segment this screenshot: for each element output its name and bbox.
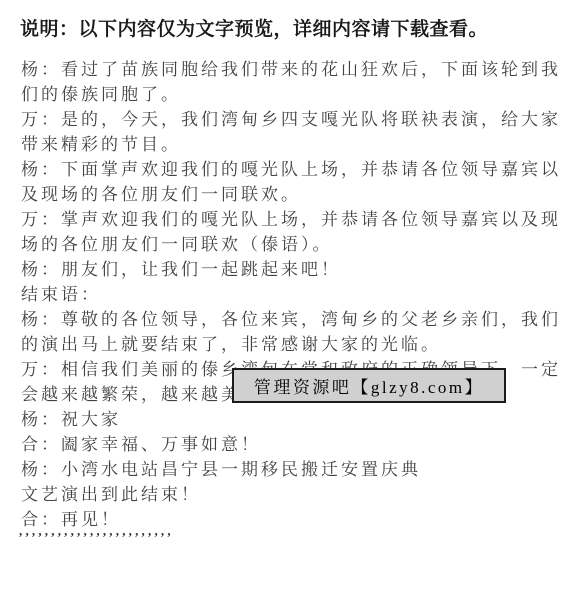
text-line: 杨：小湾水电站昌宁县一期移民搬迁安置庆典	[21, 457, 561, 482]
text-line: 杨：朋友们，让我们一起跳起来吧！	[21, 257, 561, 282]
text-line: 杨：看过了苗族同胞给我们带来的花山狂欢后，下面该轮到我	[21, 57, 561, 82]
text-line: 万：是的，今天，我们湾甸乡四支嘎光队将联袂表演，给大家	[21, 107, 561, 132]
preview-notice: 说明：以下内容仅为文字预览，详细内容请下载查看。	[20, 14, 488, 41]
text-line: 万：掌声欢迎我们的嘎光队上场，并恭请各位领导嘉宾以及现	[21, 207, 561, 232]
watermark-text: 管理资源吧【glzy8.com】	[254, 373, 484, 398]
script-text: 杨：看过了苗族同胞给我们带来的花山狂欢后，下面该轮到我们的傣族同胞了。万：是的，…	[21, 57, 561, 532]
text-line: 合：阖家幸福、万事如意！	[21, 432, 561, 457]
ellipsis-line: ,,,,,,,,,,,,,,,,,,,,,,,,	[19, 523, 174, 539]
text-line: 杨：尊敬的各位领导，各位来宾，湾甸乡的父老乡亲们，我们	[21, 307, 561, 332]
text-line: 的演出马上就要结束了，非常感谢大家的光临。	[21, 332, 561, 357]
text-line: 带来精彩的节目。	[21, 132, 561, 157]
text-line: 们的傣族同胞了。	[21, 82, 561, 107]
text-line: 结束语：	[21, 282, 561, 307]
text-line: 杨：下面掌声欢迎我们的嘎光队上场，并恭请各位领导嘉宾以	[21, 157, 561, 182]
preview-page: 说明：以下内容仅为文字预览，详细内容请下载查看。 杨：看过了苗族同胞给我们带来的…	[0, 0, 578, 600]
text-line: 及现场的各位朋友们一同联欢。	[21, 182, 561, 207]
watermark-badge: 管理资源吧【glzy8.com】	[232, 368, 506, 403]
text-line: 场的各位朋友们一同联欢（傣语）。	[21, 232, 561, 257]
text-line: 文艺演出到此结束！	[21, 482, 561, 507]
text-line: 杨：祝大家	[21, 407, 561, 432]
